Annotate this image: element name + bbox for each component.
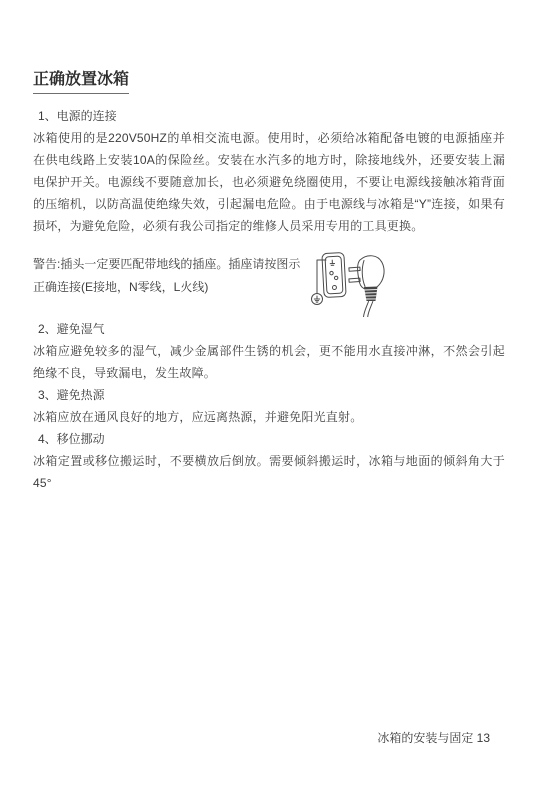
section-4-body: 冰箱定置或移位搬运时，不要横放后倒放。需要倾斜搬运时，冰箱与地面的倾斜角大于45… xyxy=(33,450,505,494)
earth-ground-icon xyxy=(314,296,319,302)
section-2-body: 冰箱应避免较多的湿气，减少金属部件生锈的机会，更不能用水直接冲淋，不然会引起绝缘… xyxy=(33,340,505,384)
power-socket-icon xyxy=(322,252,346,297)
socket-plug-illustration xyxy=(303,247,391,317)
section-4-heading: 4、移位挪动 xyxy=(33,428,505,450)
section-1-body: 冰箱使用的是220V50HZ的单相交流电源。使用时，必须给冰箱配备电镀的电源插座… xyxy=(33,127,505,237)
section-2-heading: 2、避免湿气 xyxy=(33,318,505,340)
section-3-body: 冰箱应放在通风良好的地方，应远离热源，并避免阳光直射。 xyxy=(33,406,505,428)
section-3-heading: 3、避免热源 xyxy=(33,384,505,406)
page-footer: 冰箱的安装与固定 13 xyxy=(377,731,490,745)
warning-block: 警告:插头一定要匹配带地线的插座。插座请按图示 正确连接(E接地，N零线，L火线… xyxy=(33,253,505,305)
power-plug-icon xyxy=(349,256,384,317)
manual-page: 正确放置冰箱 1、电源的连接 冰箱使用的是220V50HZ的单相交流电源。使用时… xyxy=(0,0,538,790)
warning-text: 警告:插头一定要匹配带地线的插座。插座请按图示 正确连接(E接地，N零线，L火线… xyxy=(33,253,333,299)
page-title-text: 正确放置冰箱 xyxy=(33,70,129,94)
warning-line-1: 警告:插头一定要匹配带地线的插座。插座请按图示 xyxy=(33,253,333,276)
page-title: 正确放置冰箱 xyxy=(33,70,505,94)
section-1-heading: 1、电源的连接 xyxy=(33,105,505,127)
warning-line-2: 正确连接(E接地，N零线，L火线) xyxy=(33,276,333,299)
